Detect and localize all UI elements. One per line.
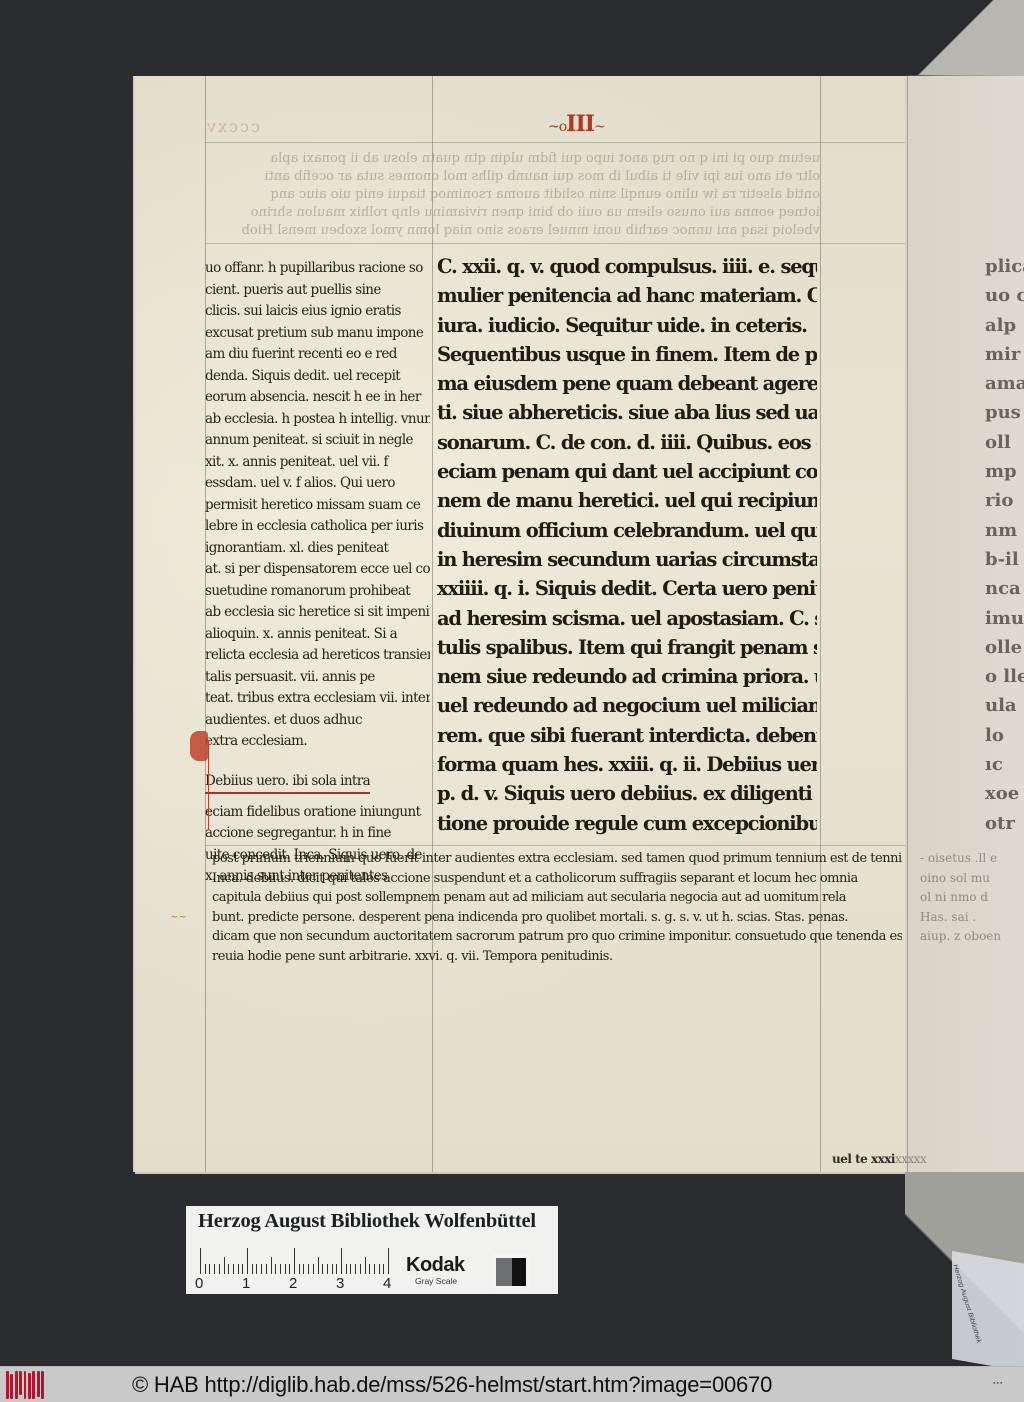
show-through-text: iotneq eonna aui onuso eliem ua ouii ob … [210, 204, 820, 222]
footer-mark: ▪▪▪ [993, 1380, 1003, 1387]
copyright-url[interactable]: © HAB http://diglib.hab.de/mss/526-helms… [132, 1372, 772, 1398]
main-text-column: C. xxii. q. v. quod compulsus. iiii. e. … [437, 252, 817, 838]
ruling-line [907, 76, 908, 1172]
folio-number-showthrough: cccxv [205, 117, 260, 136]
scale-ruler [200, 1248, 392, 1274]
bottom-gloss: post primum triennium quo fuerit inter a… [212, 849, 902, 966]
rubric-lemma: Debiius uero. ibi sola intra [205, 771, 370, 795]
initial-flourish [208, 740, 209, 830]
margin-mark: ~~ [170, 912, 187, 923]
show-through-text: ontid alsetir ra iw ulino eunqil snin os… [210, 186, 820, 204]
facing-page-text: plicauo calpmiramapus ollmprionmb-ilnca … [985, 252, 1024, 838]
ruling-line [820, 76, 821, 1172]
gray-scale-patch [492, 1254, 530, 1290]
ruler-label: 0 [195, 1275, 203, 1292]
catchword: uel te xxxixxxxx [832, 1152, 926, 1166]
ruler-label: 3 [336, 1275, 344, 1292]
ruler-label: 4 [383, 1275, 391, 1292]
hab-barcode-logo-icon[interactable] [6, 1371, 44, 1399]
ruler-label: 2 [289, 1275, 297, 1292]
gloss-column: uo offanr. h pupillaribus racione so cie… [205, 258, 430, 888]
ruler-label: 1 [242, 1275, 250, 1292]
institution-name: Herzog August Bibliothek Wolfenbüttel [198, 1210, 536, 1233]
footer-bar: © HAB http://diglib.hab.de/mss/526-helms… [0, 1366, 1024, 1402]
running-head: ~oIII~ [548, 111, 605, 137]
ruling-line [205, 142, 905, 143]
gray-scale-label: Gray Scale [415, 1276, 457, 1286]
kodak-brand: Kodak [406, 1254, 465, 1277]
image-viewer[interactable]: uetum quo pi ini q no rug anot iupo qui … [0, 0, 1024, 1366]
show-through-text: oltr eti ano ius ipi vile ti aibul ib mo… [210, 168, 820, 186]
ruling-line [205, 243, 905, 244]
color-target-card: Herzog August Bibliothek Wolfenbüttel [186, 1206, 558, 1294]
red-initial [190, 731, 208, 761]
shelfmark-label: Herzog August Bibliothek [952, 1251, 1024, 1366]
ruling-line [432, 76, 433, 1172]
show-through-text: uetum quo pi ini q no rug anot iupo qui … [210, 150, 820, 168]
show-through-text: vbeloiq isaq ani unnoc earhib uoni mnuel… [210, 222, 820, 240]
facing-page-gloss: - oisetus .ll eoino sol muol ni nmo dHas… [920, 849, 1024, 947]
